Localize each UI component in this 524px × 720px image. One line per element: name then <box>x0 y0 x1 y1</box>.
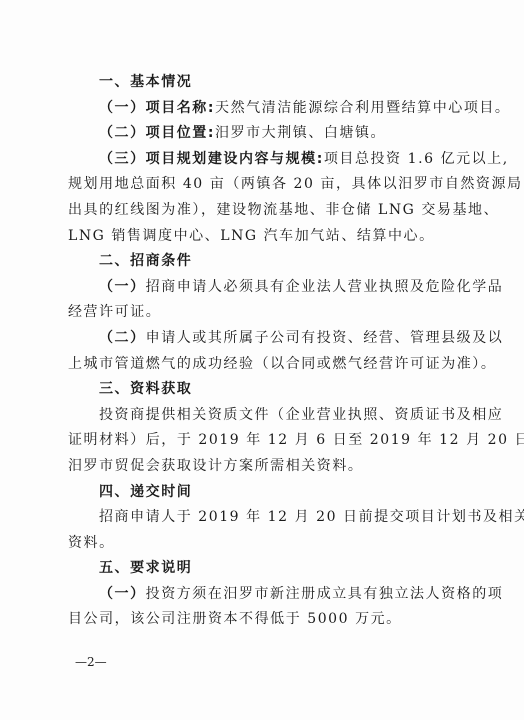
item-prefix: （一） <box>99 100 146 116</box>
item-continuation: 经营许可证。 <box>68 300 460 326</box>
item-text: 申请人或其所属子公司有投资、经营、管理县级及以 <box>146 330 504 346</box>
section-heading-requirements: 五、要求说明 <box>68 556 460 582</box>
paragraph-line: 汨罗市贸促会获取设计方案所需相关资料。 <box>68 454 460 480</box>
item-continuation: 规划用地总面积 40 亩（两镇各 20 亩，具体以汨罗市自然资源局 <box>68 172 460 198</box>
item-continuation: 出具的红线图为准），建设物流基地、非仓储 LNG 交易基地、 <box>68 198 460 224</box>
paragraph-line: 资料。 <box>68 531 460 557</box>
section-heading-materials: 三、资料获取 <box>68 377 460 403</box>
section-heading-submission: 四、递交时间 <box>68 480 460 506</box>
document-page: 一、基本情况 （一）项目名称:天然气清洁能源综合利用暨结算中心项目。 （二）项目… <box>0 0 524 720</box>
item-continuation: LNG 销售调度中心、LNG 汽车加气站、结算中心。 <box>68 224 460 250</box>
item-text: 投资方须在汨罗市新注册成立具有独立法人资格的项 <box>146 586 504 602</box>
item-project-name: （一）项目名称:天然气清洁能源综合利用暨结算中心项目。 <box>68 96 460 122</box>
item-prefix: （一） <box>99 279 146 295</box>
item-label: 项目规划建设内容与规模: <box>146 151 324 167</box>
item-prefix: （二） <box>99 125 146 141</box>
item-project-scope: （三）项目规划建设内容与规模:项目总投资 1.6 亿元以上, <box>68 147 460 173</box>
item-company-requirement: （一）投资方须在汨罗市新注册成立具有独立法人资格的项 <box>68 582 460 608</box>
section-heading-conditions: 二、招商条件 <box>68 249 460 275</box>
document-body: 一、基本情况 （一）项目名称:天然气清洁能源综合利用暨结算中心项目。 （二）项目… <box>68 70 460 633</box>
item-prefix: （三） <box>99 151 146 167</box>
item-prefix: （二） <box>99 330 146 346</box>
section-heading-basic-info: 一、基本情况 <box>68 70 460 96</box>
paragraph-line: 证明材料）后，于 2019 年 12 月 6 日至 2019 年 12 月 20… <box>68 428 460 454</box>
item-text: 项目总投资 1.6 亿元以上, <box>324 151 509 167</box>
item-prefix: （一） <box>99 586 146 602</box>
item-continuation: 目公司，该公司注册资本不得低于 5000 万元。 <box>68 607 460 633</box>
item-label: 项目位置: <box>146 125 215 141</box>
item-text: 天然气清洁能源综合利用暨结算中心项目。 <box>215 100 510 116</box>
page-number: —2— <box>75 655 107 669</box>
item-continuation: 上城市管道燃气的成功经验（以合同或燃气经营许可证为准）。 <box>68 352 460 378</box>
item-experience-requirement: （二）申请人或其所属子公司有投资、经营、管理县级及以 <box>68 326 460 352</box>
item-label: 项目名称: <box>146 100 215 116</box>
item-text: 招商申请人必须具有企业法人营业执照及危险化学品 <box>146 279 504 295</box>
paragraph-line: 招商申请人于 2019 年 12 月 20 日前提交项目计划书及相关 <box>68 505 460 531</box>
item-license-requirement: （一）招商申请人必须具有企业法人营业执照及危险化学品 <box>68 275 460 301</box>
paragraph-line: 投资商提供相关资质文件（企业营业执照、资质证书及相应 <box>68 403 460 429</box>
item-project-location: （二）项目位置:汨罗市大荆镇、白塘镇。 <box>68 121 460 147</box>
item-text: 汨罗市大荆镇、白塘镇。 <box>215 125 386 141</box>
